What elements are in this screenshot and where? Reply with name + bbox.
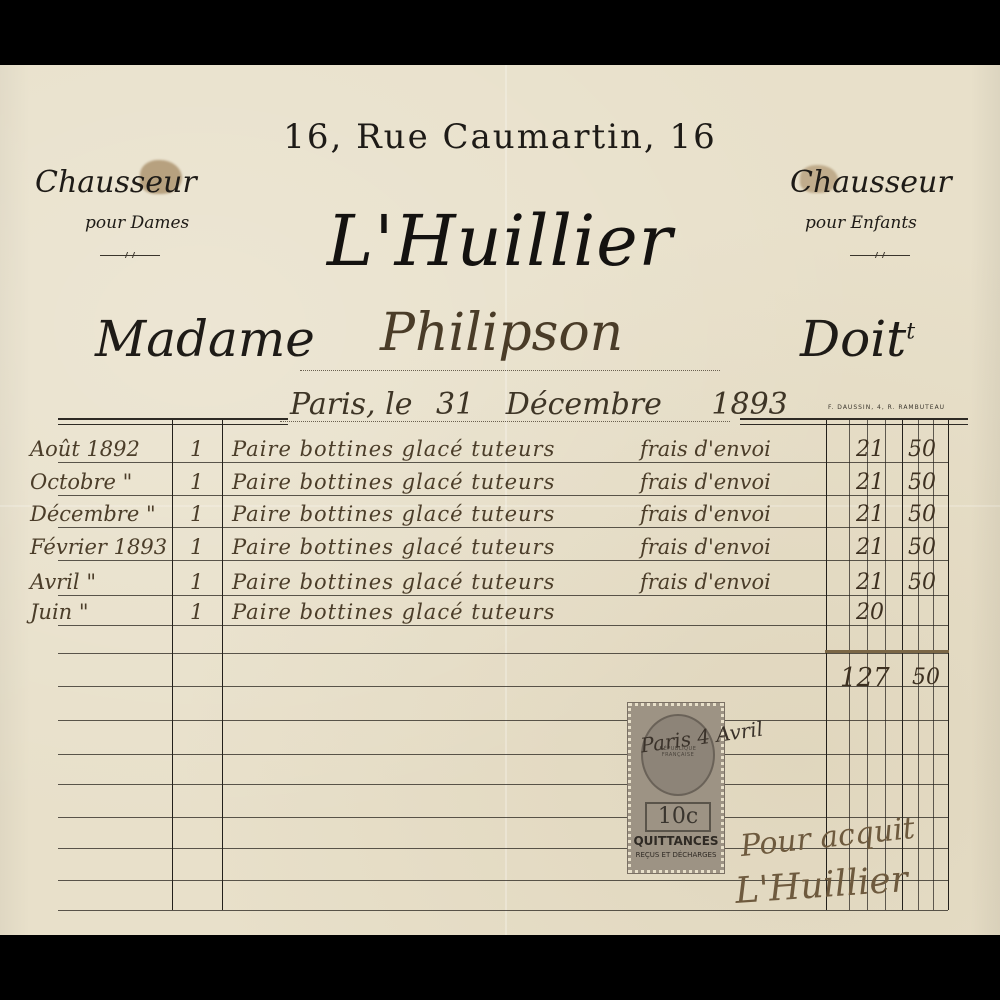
receipt-signature: L'Huillier	[734, 859, 909, 912]
invoice-paper: 16, Rue Caumartin, 16 Chausseur pour Dam…	[0, 65, 1000, 935]
item-description: Paire bottines glacé tuteurs	[232, 570, 555, 594]
column-divider	[172, 420, 173, 910]
ruled-line	[58, 784, 948, 785]
ruled-line	[58, 910, 948, 911]
item-centimes: 50	[908, 437, 936, 462]
item-centimes: 50	[908, 470, 936, 495]
date-place: Paris, le	[290, 387, 412, 422]
total-francs: 127	[840, 663, 890, 693]
item-date: Juin "	[30, 600, 89, 624]
ruled-line	[58, 462, 948, 463]
item-qty: 1	[190, 470, 203, 494]
printer-credit: F. DAUSSIN, 4, R. RAMBUTEAU	[828, 404, 945, 411]
receipt-acquit: Pour acquit	[739, 811, 917, 864]
date-day: 31	[436, 387, 474, 422]
item-francs: 20	[856, 600, 884, 625]
item-note: frais d'envoi	[640, 570, 771, 594]
ruled-line	[58, 495, 948, 496]
date-line: Paris, le 31 Décembre 1893	[290, 387, 788, 422]
item-francs: 21	[856, 535, 884, 560]
stamp-subtitle: REÇUS ET DÉCHARGES	[631, 851, 721, 859]
ruled-line	[58, 817, 948, 818]
item-description: Paire bottines glacé tuteurs	[232, 470, 555, 494]
item-qty: 1	[190, 502, 203, 526]
ruled-line	[58, 686, 948, 687]
amount-column-divider	[948, 420, 949, 910]
ruled-line	[58, 653, 948, 654]
ruled-line	[58, 754, 948, 755]
column-divider	[222, 420, 223, 910]
ruled-line	[58, 527, 948, 528]
item-centimes: 50	[908, 502, 936, 527]
item-qty: 1	[190, 600, 203, 624]
item-francs: 21	[856, 570, 884, 595]
item-qty: 1	[190, 535, 203, 559]
item-note: frais d'envoi	[640, 437, 771, 461]
header-double-rule	[58, 418, 288, 425]
stamp-title: QUITTANCES	[631, 834, 721, 848]
item-description: Paire bottines glacé tuteurs	[232, 437, 555, 461]
total-rule	[825, 650, 949, 653]
item-date: Décembre "	[30, 502, 156, 526]
item-description: Paire bottines glacé tuteurs	[232, 535, 555, 559]
date-dotted-line	[280, 421, 730, 422]
date-year: 1893	[711, 387, 787, 422]
name-dotted-line	[300, 370, 720, 371]
item-note: frais d'envoi	[640, 502, 771, 526]
ruled-line	[58, 625, 948, 626]
item-centimes: 50	[908, 535, 936, 560]
total-centimes: 50	[912, 665, 940, 690]
right-specialty-subtitle: pour Enfants	[805, 213, 917, 233]
stamp-value: 10c	[645, 802, 711, 832]
owes-label: Doitt	[800, 310, 915, 368]
item-francs: 21	[856, 470, 884, 495]
left-specialty-title: Chausseur	[35, 165, 197, 200]
item-date: Février 1893	[30, 535, 167, 559]
item-centimes: 50	[908, 570, 936, 595]
item-francs: 21	[856, 437, 884, 462]
item-description: Paire bottines glacé tuteurs	[232, 502, 555, 526]
ruled-line	[58, 720, 948, 721]
salutation: Madame	[95, 310, 315, 368]
item-qty: 1	[190, 570, 203, 594]
item-qty: 1	[190, 437, 203, 461]
right-specialty-title: Chausseur	[790, 165, 952, 200]
paper-fold-vertical	[505, 65, 507, 935]
item-note: frais d'envoi	[640, 470, 771, 494]
item-note: frais d'envoi	[640, 535, 771, 559]
item-date: Octobre "	[30, 470, 132, 494]
merchant-address: 16, Rue Caumartin, 16	[0, 117, 1000, 157]
item-date: Août 1892	[30, 437, 140, 461]
item-description: Paire bottines glacé tuteurs	[232, 600, 555, 624]
item-francs: 21	[856, 502, 884, 527]
ruled-line	[58, 595, 948, 596]
item-date: Avril "	[30, 570, 96, 594]
client-name: Philipson	[380, 303, 623, 363]
ruled-line	[58, 560, 948, 561]
date-month: Décembre	[506, 387, 662, 422]
divider-ornament	[850, 255, 910, 256]
